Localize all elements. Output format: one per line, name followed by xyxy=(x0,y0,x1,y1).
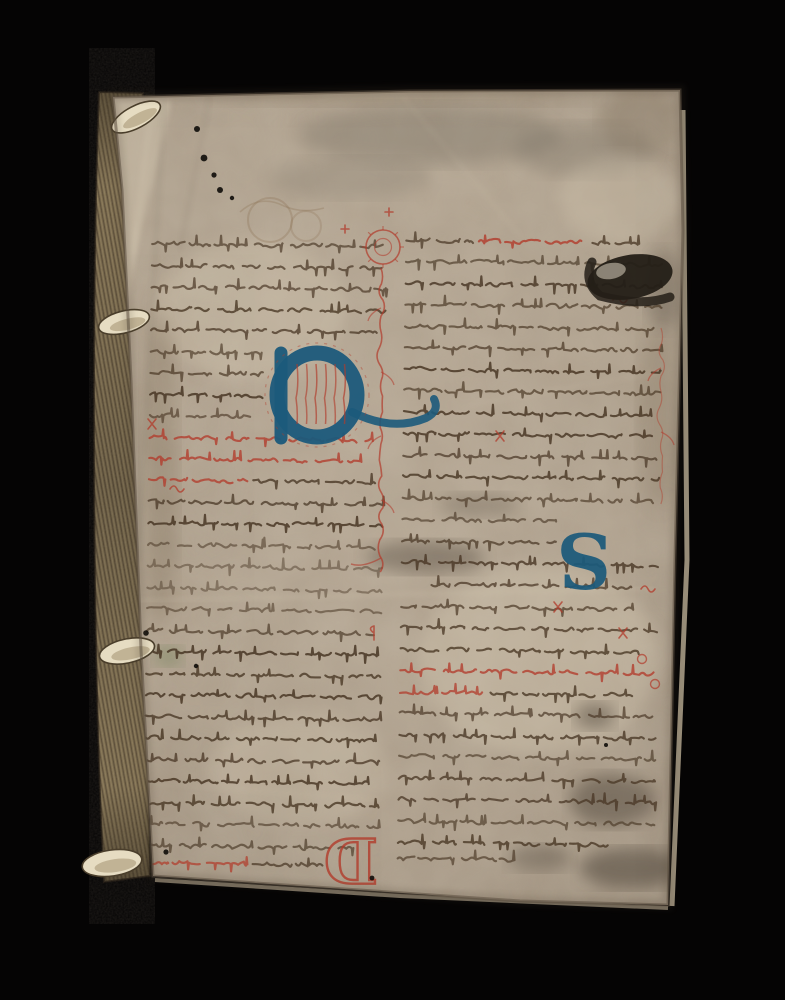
wormhole xyxy=(211,172,216,177)
manuscript-scene: SD xyxy=(0,0,785,1000)
stain xyxy=(142,310,178,630)
wormhole xyxy=(370,876,375,881)
wormhole xyxy=(201,155,208,162)
wormhole xyxy=(194,126,200,132)
wormhole xyxy=(230,196,234,200)
manuscript-photo: SD xyxy=(0,0,785,1000)
stain xyxy=(440,493,520,517)
stain xyxy=(508,845,572,871)
stain xyxy=(270,158,430,198)
wormhole xyxy=(217,187,223,193)
wormhole xyxy=(163,849,168,854)
wormhole xyxy=(604,743,608,747)
stain xyxy=(210,715,390,825)
wormhole xyxy=(194,664,198,668)
stain xyxy=(560,155,680,245)
initial-s: S xyxy=(557,515,612,604)
stain xyxy=(600,85,680,155)
